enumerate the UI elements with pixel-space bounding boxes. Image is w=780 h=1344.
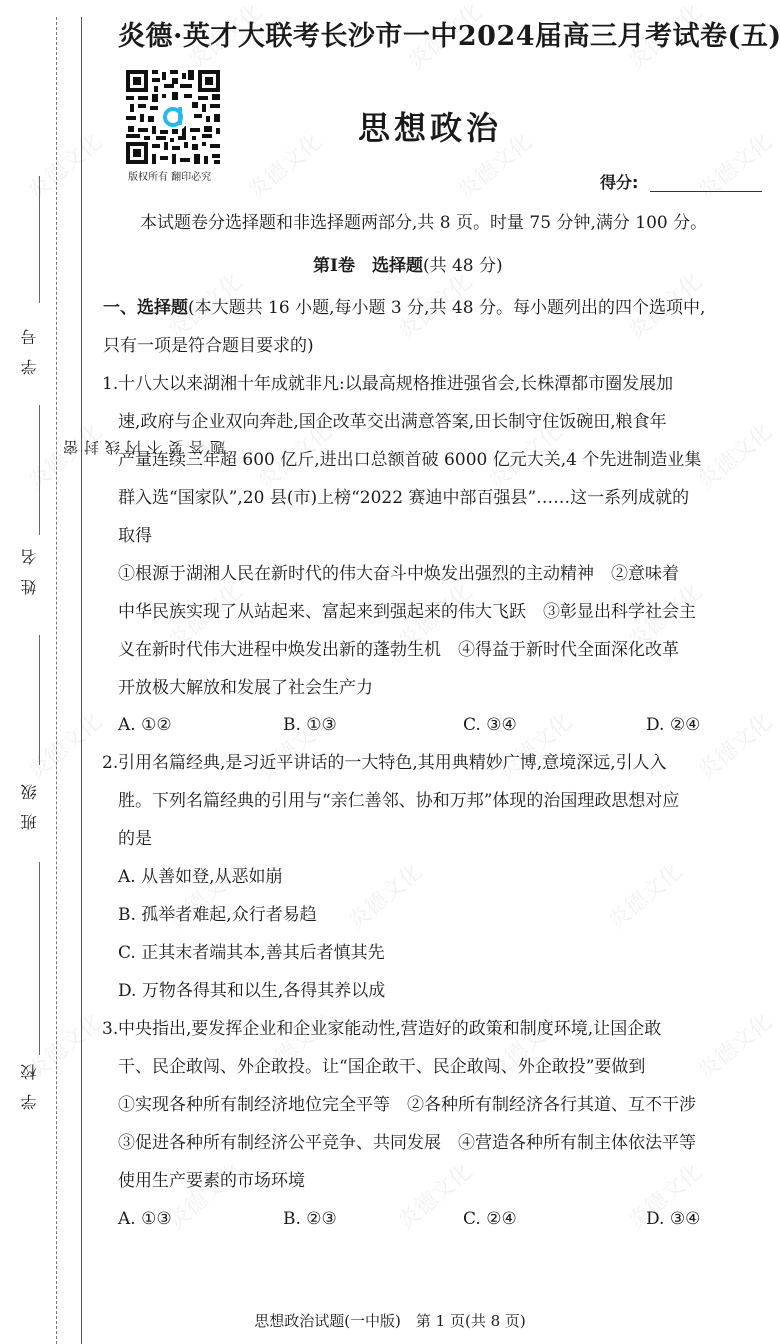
school-fill-line — [39, 862, 40, 1055]
statement-line: 使用生产要素的市场环境 — [118, 1173, 305, 1190]
watermark: 炎德文化 — [340, 855, 427, 935]
name-label: 姓名 — [18, 535, 40, 595]
statement-line: ①根源于湖湘人民在新时代的伟大奋斗中焕发出强烈的主动精神 ②意味着 — [118, 566, 679, 583]
question-stem-line: 中央指出,要发挥企业和企业家能动性,营造好的政策和制度环境,让国企敢 — [118, 1021, 661, 1038]
watermark: 炎德文化 — [690, 415, 777, 495]
question-number: 3. — [102, 1021, 118, 1038]
question-stem-line: 的是 — [118, 831, 152, 848]
question-stem-line: 群入选“国家队”,20 县(市)上榜“2022 赛迪中部百强县”……这一系列成就… — [118, 490, 689, 507]
question-stem-line: 产量连续三年超 600 亿斤,进出口总额首破 6000 亿元大关,4 个先进制造… — [118, 452, 701, 469]
statement-line: 中华民族实现了从站起来、富起来到强起来的伟大飞跃 ③彰显出科学社会主 — [118, 604, 696, 621]
part-instruction-cont: 只有一项是符合题目要求的) — [103, 338, 314, 355]
question-stem-line: 十八大以来湖湘十年成就非凡:以最高规格推进强省会,长株潭都市圈发展加 — [118, 376, 673, 393]
class-fill-line — [39, 635, 40, 765]
exam-title: 炎德·英才大联考长沙市一中2024届高三月考试卷(五) — [118, 14, 780, 53]
question-stem-line: 速,政府与企业双向奔赴,国企改革交出满意答案,田长制守住饭碗田,粮食年 — [118, 414, 667, 431]
student-id-fill-line — [39, 176, 40, 303]
question-number: 2. — [102, 755, 118, 772]
watermark: 炎德文化 — [690, 705, 777, 785]
section-points: (共 48 分) — [423, 256, 503, 276]
seal-line-notice: 密 封 线 内 不 要 答 题 — [60, 418, 80, 455]
option-b[interactable]: B. ①③ — [283, 717, 337, 734]
statement-line: 开放极大解放和发展了社会生产力 — [118, 680, 373, 697]
question-stem-line: 取得 — [118, 528, 152, 545]
part-heading: 一、选择题(本大题共 16 小题,每小题 3 分,共 48 分。每小题列出的四个… — [103, 300, 705, 317]
option-b[interactable]: B. 孤举者难起,众行者易趋 — [118, 907, 317, 924]
option-c[interactable]: C. 正其末者端其本,善其后者慎其先 — [118, 945, 385, 962]
option-a[interactable]: A. ①③ — [118, 1211, 172, 1228]
part-title: 一、选择题 — [103, 298, 188, 318]
qr-caption: 版权所有 翻印必究 — [128, 168, 211, 183]
statement-line: 义在新时代伟大进程中焕发出新的蓬勃生机 ④得益于新时代全面深化改革 — [118, 642, 679, 659]
statement-line: ③促进各种所有制经济公平竞争、共同发展 ④营造各种所有制主体依法平等 — [118, 1135, 696, 1152]
qr-code-icon — [126, 70, 220, 164]
option-a[interactable]: A. ①② — [118, 717, 172, 734]
seal-char: 密 — [60, 440, 81, 455]
name-fill-line — [39, 405, 40, 535]
question-stem-line: 干、民企敢闯、外企敢投。让“国企敢干、民企敢闯、外企敢投”要做到 — [118, 1059, 645, 1076]
watermark: 炎德文化 — [690, 1005, 777, 1085]
section-title: 第Ⅰ卷 选择题 — [313, 256, 423, 276]
page-footer: 思想政治试题(一中版) 第 1 页(共 8 页) — [0, 1310, 780, 1331]
qr-code[interactable] — [126, 70, 220, 164]
watermark: 炎德文化 — [160, 1155, 247, 1235]
question-stem-line: 胜。下列名篇经典的引用与“亲仁善邻、协和万邦”体现的治国理政思想对应 — [118, 793, 679, 810]
option-b[interactable]: B. ②③ — [283, 1211, 337, 1228]
question-number: 1. — [102, 376, 118, 393]
option-d[interactable]: D. 万物各得其和以生,各得其养以成 — [118, 983, 385, 1000]
statement-line: ①实现各种所有制经济地位完全平等 ②各种所有制经济各行其道、互不干涉 — [118, 1097, 696, 1114]
school-label: 学校 — [18, 1050, 40, 1110]
watermark: 炎德文化 — [690, 125, 777, 205]
subject-title: 思想政治 — [300, 103, 560, 149]
option-d[interactable]: D. ③④ — [646, 1211, 700, 1228]
watermark: 炎德文化 — [600, 855, 687, 935]
exam-instructions: 本试题卷分选择题和非选择题两部分,共 8 页。时量 75 分钟,满分 100 分… — [140, 215, 707, 232]
class-label: 班级 — [18, 770, 40, 830]
student-id-label: 学号 — [18, 315, 40, 375]
option-c[interactable]: C. ②④ — [463, 1211, 517, 1228]
seal-char: 封 — [81, 440, 102, 455]
margin-solid-line — [81, 17, 82, 1344]
part-instruction: (本大题共 16 小题,每小题 3 分,共 48 分。每小题列出的四个选项中, — [188, 298, 705, 318]
watermark: 炎德文化 — [20, 125, 107, 205]
score-field[interactable] — [650, 191, 762, 192]
question-stem-line: 引用名篇经典,是习近平讲话的一大特色,其用典精妙广博,意境深远,引人入 — [118, 755, 667, 772]
section-heading: 第Ⅰ卷 选择题(共 48 分) — [313, 258, 503, 275]
option-c[interactable]: C. ③④ — [463, 717, 517, 734]
option-d[interactable]: D. ②④ — [646, 717, 700, 734]
option-a[interactable]: A. 从善如登,从恶如崩 — [118, 869, 283, 886]
seal-dashed-line — [56, 17, 57, 1344]
score-label: 得分: — [600, 170, 638, 193]
